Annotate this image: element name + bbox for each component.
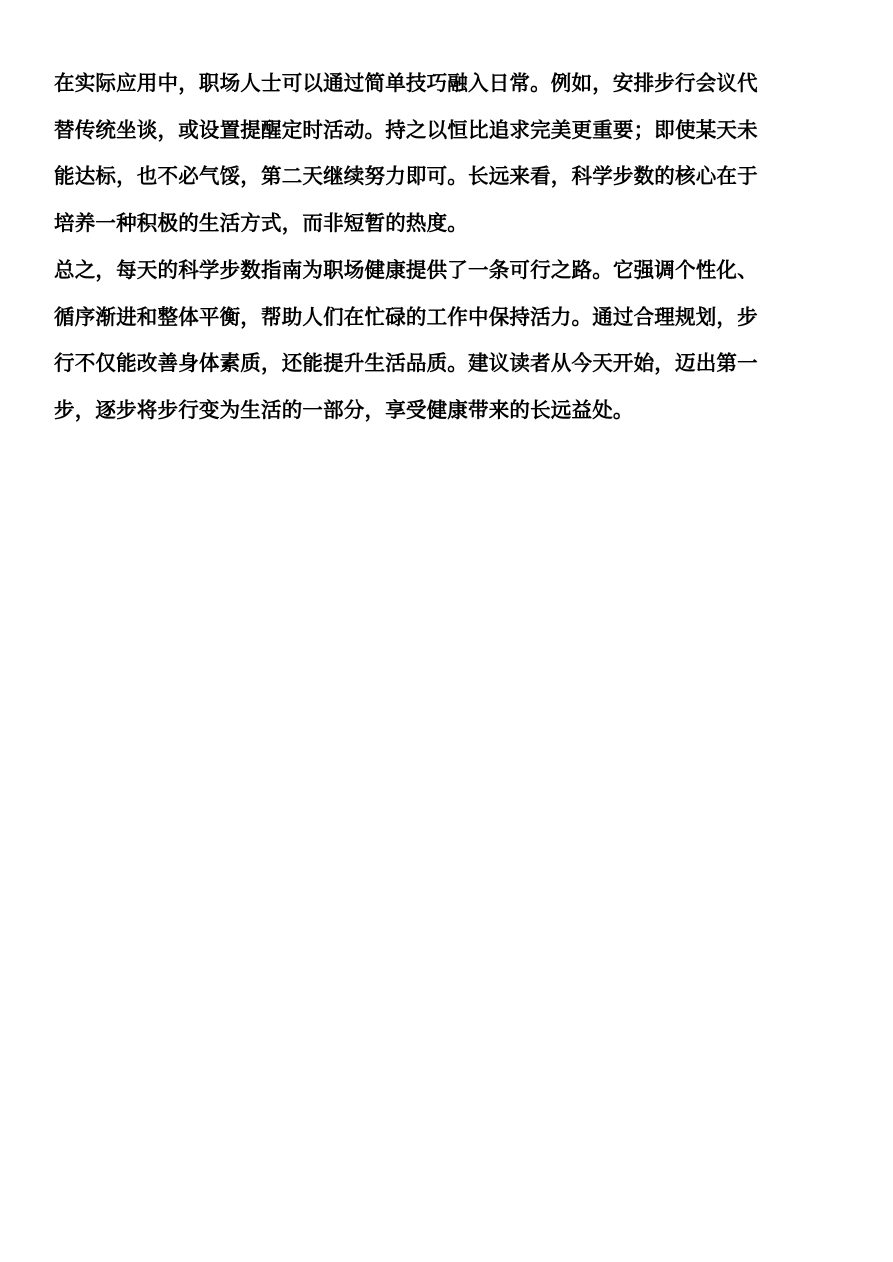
text-line: 行不仅能改善身体素质，还能提升生活品质。建议读者从今天开始，迈出第一 [54, 340, 778, 387]
text-line: 总之，每天的科学步数指南为职场健康提供了一条可行之路。它强调个性化、 [54, 247, 778, 294]
text-line: 在实际应用中，职场人士可以通过简单技巧融入日常。例如，安排步行会议代 [54, 60, 778, 107]
text-line: 替传统坐谈，或设置提醒定时活动。持之以恒比追求完美更重要；即使某天未 [54, 107, 778, 154]
paragraph-conclusion: 总之，每天的科学步数指南为职场健康提供了一条可行之路。它强调个性化、 循序渐进和… [54, 247, 778, 434]
text-line: 能达标，也不必气馁，第二天继续努力即可。长远来看，科学步数的核心在于 [54, 153, 778, 200]
text-line: 步，逐步将步行变为生活的一部分，享受健康带来的长远益处。 [54, 387, 778, 434]
document-page: 在实际应用中，职场人士可以通过简单技巧融入日常。例如，安排步行会议代 替传统坐谈… [54, 60, 778, 434]
text-line: 循序渐进和整体平衡，帮助人们在忙碌的工作中保持活力。通过合理规划，步 [54, 294, 778, 341]
text-line: 培养一种积极的生活方式，而非短暂的热度。 [54, 200, 778, 247]
paragraph-practical-application: 在实际应用中，职场人士可以通过简单技巧融入日常。例如，安排步行会议代 替传统坐谈… [54, 60, 778, 247]
